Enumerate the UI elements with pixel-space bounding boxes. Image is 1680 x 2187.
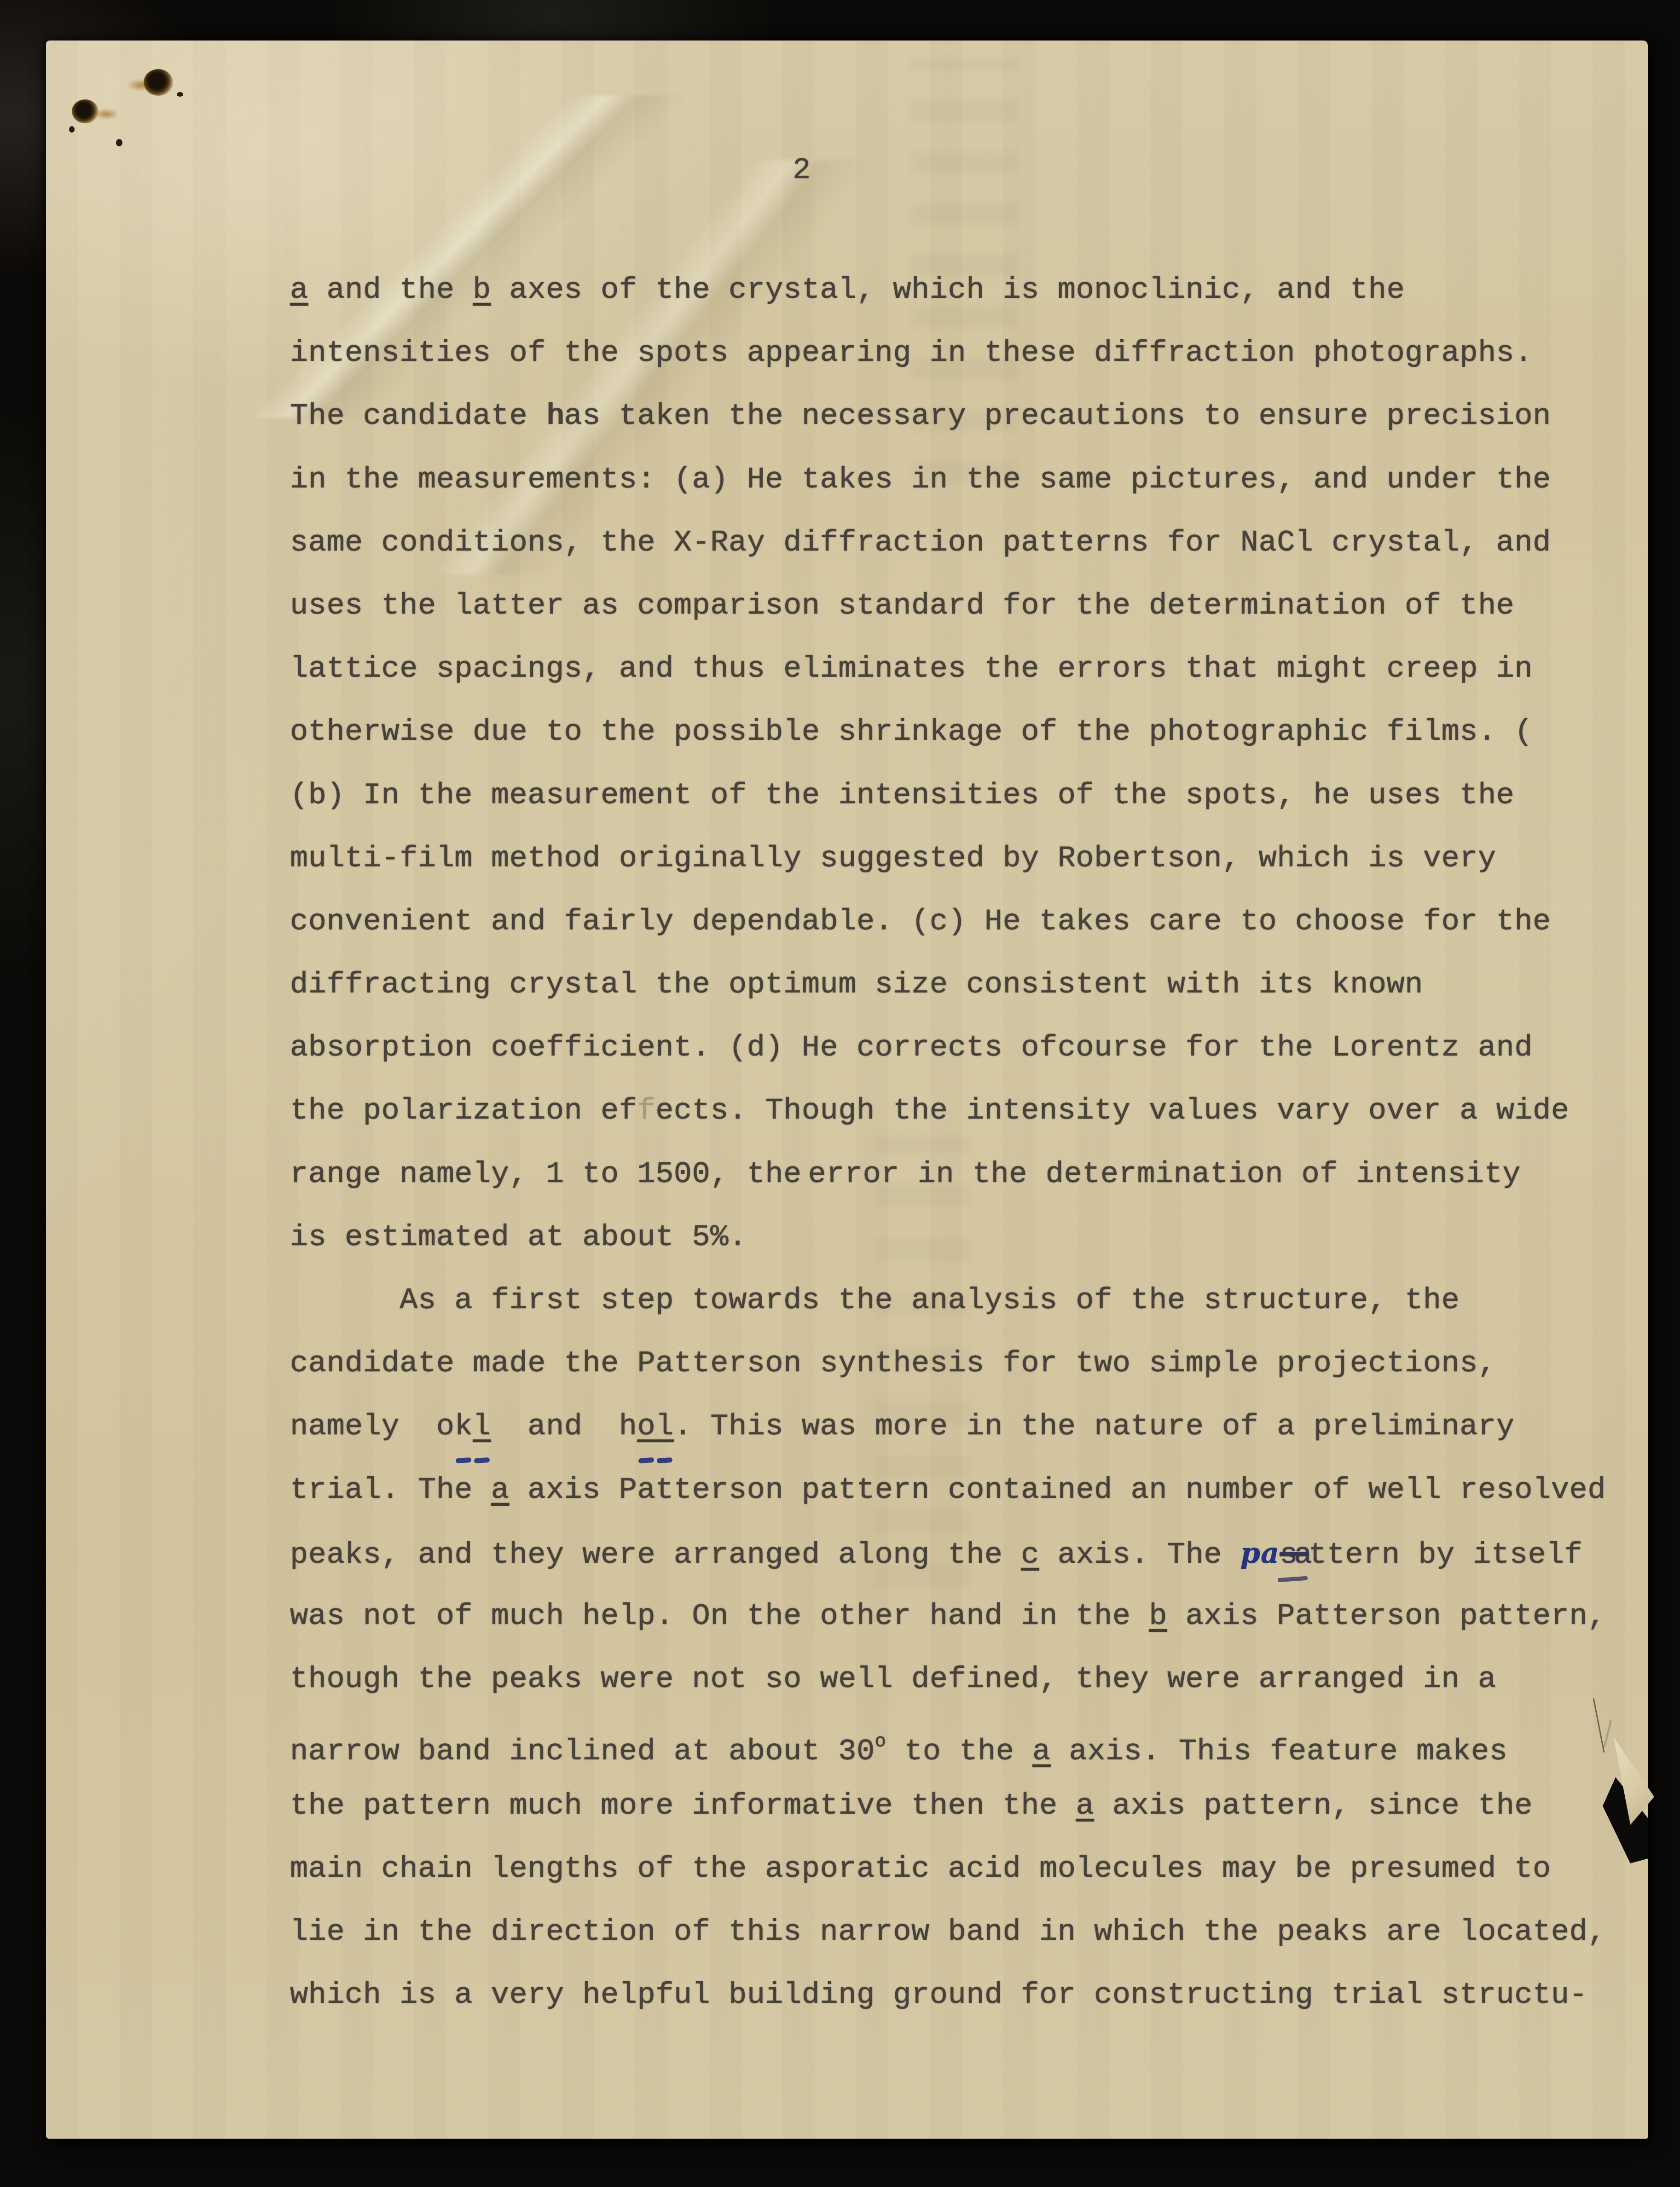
typed-text: namely (290, 1409, 436, 1444)
typed-text: to the (886, 1734, 1032, 1769)
underlined-letter: a (290, 273, 308, 307)
typed-text: same conditions, the X-Ray diffraction p… (290, 525, 1551, 560)
typed-line: trial. The a axis Patterson pattern cont… (290, 1458, 1648, 1521)
typed-text: though the peaks were not so well define… (290, 1662, 1496, 1696)
typed-line: lattice spacings, and thus eliminates th… (290, 637, 1648, 700)
typed-line: multi-film method originally suggested b… (290, 827, 1648, 890)
typed-line: peaks, and they were arranged along the … (290, 1521, 1648, 1584)
typed-text: in the determination of intensity (899, 1157, 1521, 1191)
typed-text: axis Patterson pattern, (1167, 1599, 1606, 1633)
typed-text: narrow band inclined at about 30 (290, 1734, 875, 1769)
typed-line: absorption coefficient. (d) He corrects … (290, 1016, 1648, 1079)
typed-line: diffracting crystal the optimum size con… (290, 953, 1648, 1016)
typed-line: was not of much help. On the other hand … (290, 1584, 1648, 1648)
typed-text: is estimated at about 5%. (290, 1220, 747, 1254)
typed-text: as taken the necessary precautions to en… (564, 399, 1551, 433)
typed-text: ttern by itself (1309, 1537, 1583, 1572)
crowded-word: error (808, 1157, 900, 1191)
staple-hole (72, 99, 98, 123)
typed-text: o (436, 1409, 455, 1444)
typed-line: As a first step towards the analysis of … (290, 1269, 1648, 1332)
typed-text: multi-film method originally suggested b… (290, 841, 1496, 876)
typed-text: in the measurements: (a) He takes in the… (290, 462, 1551, 497)
typed-line: The candidate has taken the necessary pr… (290, 384, 1648, 447)
typed-text: the pattern much more informative then t… (290, 1788, 1076, 1823)
typed-text: ects. Though the intensity values vary o… (655, 1093, 1569, 1128)
typed-text: and (491, 1409, 619, 1444)
typed-text: was not of much help. On the other hand … (290, 1599, 1149, 1633)
typed-line: though the peaks were not so well define… (290, 1648, 1648, 1711)
typed-line: the polarization effects. Though the int… (290, 1079, 1648, 1142)
typed-text: otherwise due to the possible shrinkage … (290, 714, 1533, 749)
degree-superscript: o (875, 1731, 886, 1752)
typed-text: convenient and fairly dependable. (c) He… (290, 904, 1551, 939)
typed-text: candidate made the Patterson synthesis f… (290, 1346, 1496, 1381)
underlined-letter: a (491, 1473, 510, 1507)
struck-letters: sa (1280, 1537, 1309, 1572)
typed-text: . This was more in the nature of a preli… (674, 1409, 1515, 1444)
typed-line: intensities of the spots appearing in th… (290, 321, 1648, 384)
typed-text: axis. The (1039, 1537, 1240, 1572)
paper-speck (177, 92, 183, 97)
underlined-letter: a (1076, 1788, 1094, 1823)
typed-text: axis Patterson pattern contained an numb… (510, 1473, 1606, 1507)
typed-line: is estimated at about 5%. (290, 1206, 1648, 1269)
typed-line: candidate made the Patterson synthesis f… (290, 1332, 1648, 1395)
typed-line: which is a very helpful building ground … (290, 1963, 1648, 2026)
typed-line: range namely, 1 to 1500, the error in th… (290, 1143, 1648, 1206)
typed-line: in the measurements: (a) He takes in the… (290, 448, 1648, 511)
typed-text: As a first step towards the analysis of … (290, 1283, 1460, 1317)
typed-text: which is a very helpful building ground … (290, 1978, 1587, 2012)
typed-line: main chain lengths of the asporatic acid… (290, 1837, 1648, 1900)
text-block: a and the b axes of the crystal, which i… (290, 258, 1648, 2026)
blue-marked-letter: k (454, 1409, 473, 1444)
typed-text: uses the latter as comparison standard f… (290, 588, 1514, 623)
faint-letter: f (637, 1093, 655, 1128)
underlined-letter: c (1021, 1537, 1039, 1572)
typed-line: the pattern much more informative then t… (290, 1774, 1648, 1837)
paper-speck (69, 126, 75, 133)
typed-text: (b) In the measurement of the intensitie… (290, 778, 1514, 812)
typed-text: axis pattern, since the (1094, 1788, 1533, 1823)
typed-text: main chain lengths of the asporatic acid… (290, 1851, 1551, 1886)
underlined-letter: b (473, 273, 491, 307)
typed-line: uses the latter as comparison standard f… (290, 574, 1648, 637)
handwritten-correction: pa (1240, 1536, 1280, 1570)
typed-text: intensities of the spots appearing in th… (290, 336, 1533, 370)
typed-line: (b) In the measurement of the intensitie… (290, 764, 1648, 827)
typed-text: axis. This feature makes (1051, 1734, 1508, 1769)
underlined-letter: b (1149, 1599, 1167, 1633)
typed-text: and the (308, 273, 473, 307)
page-number: 2 (793, 153, 811, 187)
staple-hole (144, 69, 173, 96)
typed-text: axes of the crystal, which is monoclinic… (491, 273, 1405, 307)
blue-marked-underlined-letter: l (655, 1409, 674, 1444)
typed-text: the polarization ef (290, 1093, 637, 1128)
paper-speck (116, 139, 122, 146)
typed-line: same conditions, the X-Ray diffraction p… (290, 511, 1648, 574)
typewritten-page: 2 a and the b axes of the crystal, which… (46, 41, 1648, 2139)
typed-line: lie in the direction of this narrow band… (290, 1900, 1648, 1963)
typed-text: absorption coefficient. (d) He corrects … (290, 1030, 1533, 1065)
typed-line: otherwise due to the possible shrinkage … (290, 700, 1648, 763)
typed-line: a and the b axes of the crystal, which i… (290, 258, 1648, 321)
typed-text: diffracting crystal the optimum size con… (290, 967, 1423, 1002)
typed-text: range namely, 1 to 1500, the (290, 1157, 820, 1191)
blue-marked-underlined-letter: o (637, 1409, 655, 1444)
typed-text: lie in the direction of this narrow band… (290, 1914, 1606, 1949)
typed-line: narrow band inclined at about 30o to the… (290, 1711, 1648, 1774)
typed-text: lattice spacings, and thus eliminates th… (290, 651, 1533, 686)
typed-line: namely okl and hol. This was more in the… (290, 1395, 1648, 1458)
typed-text: h (619, 1409, 637, 1444)
typed-line: convenient and fairly dependable. (c) He… (290, 890, 1648, 953)
underlined-letter: a (1032, 1734, 1051, 1769)
overtyped-letter: h (546, 399, 564, 433)
typed-text: The candidate (290, 399, 546, 433)
typed-text: trial. The (290, 1473, 491, 1507)
blue-marked-underlined-letter: l (473, 1409, 491, 1444)
typed-text: peaks, and they were arranged along the (290, 1537, 1021, 1572)
